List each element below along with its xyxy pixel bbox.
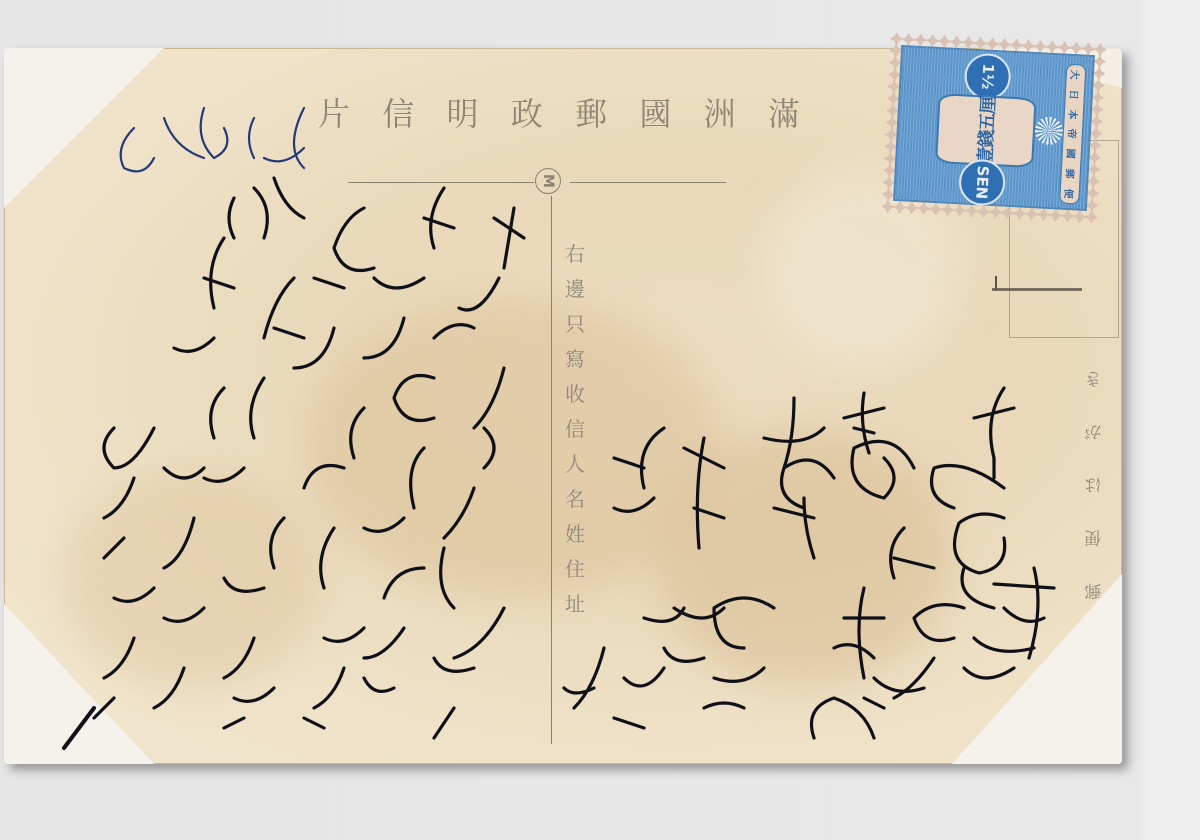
chrysanthemum-crest-icon bbox=[1034, 116, 1063, 145]
stamp-side-char: 國 bbox=[1064, 148, 1080, 159]
stamp-side-char: 本 bbox=[1066, 109, 1082, 120]
stamp-denomination-numeral: 1½ bbox=[964, 52, 1012, 100]
stamp-side-char: 大 bbox=[1068, 70, 1084, 81]
stamp-side-char: 郵 bbox=[1063, 168, 1079, 179]
stamp-side-char: 帝 bbox=[1065, 129, 1081, 140]
stamp-side-char: 日 bbox=[1067, 89, 1083, 100]
stamp-value-panel: 壹錢五厘 bbox=[935, 93, 1037, 168]
stamp-side-inscription: 大 日 本 帝 國 郵 便 bbox=[1059, 64, 1086, 205]
stamp-value-text: 壹錢五厘 bbox=[971, 96, 1001, 165]
postmark-bar bbox=[992, 288, 1082, 291]
postage-stamp: 1½ 壹錢五厘 SEN 大 日 本 帝 國 郵 便 bbox=[893, 45, 1095, 211]
stamp-side-char: 便 bbox=[1062, 188, 1078, 199]
